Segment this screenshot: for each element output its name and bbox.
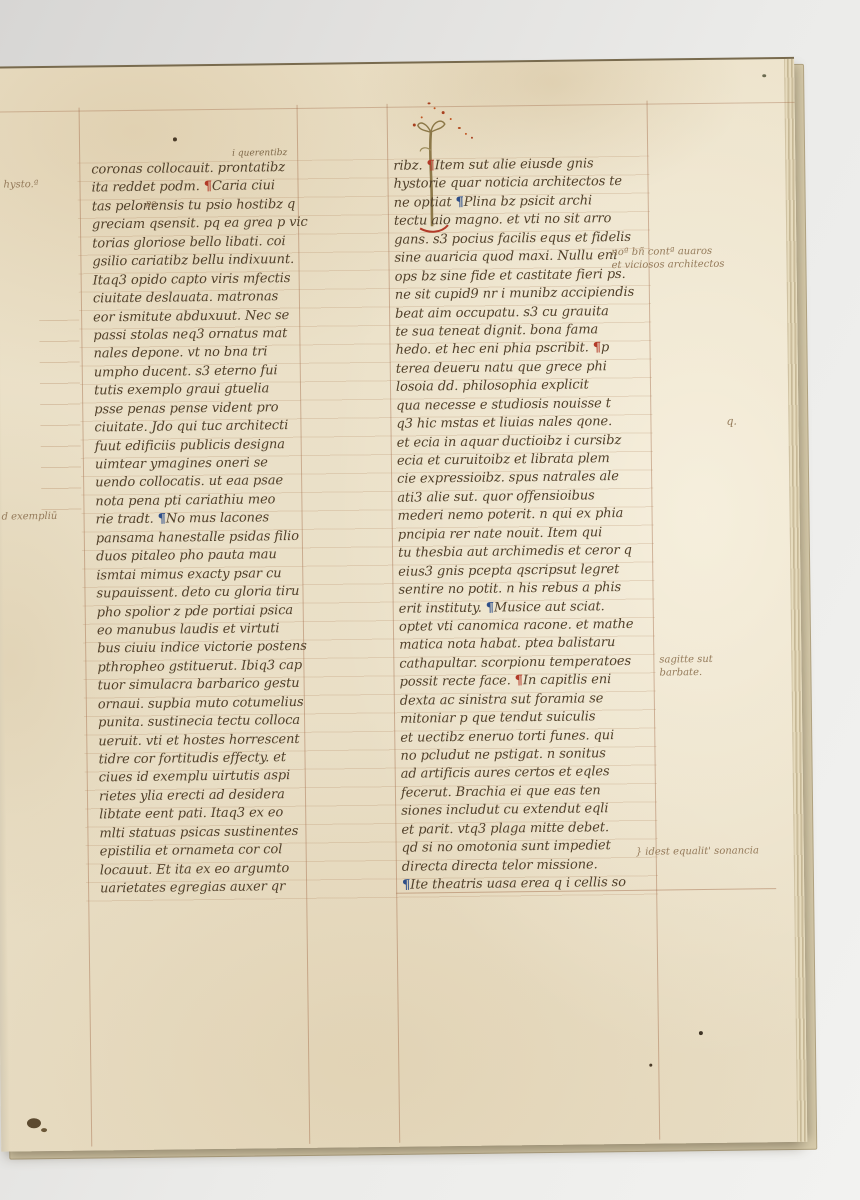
ink-speck bbox=[762, 74, 766, 77]
ink-speck bbox=[442, 111, 445, 114]
text-line: ciues id exemplu uirtutis aspi bbox=[99, 767, 315, 788]
manuscript-page: coronas collocauit. prontatibzita reddet… bbox=[0, 57, 807, 1152]
margin-note-left-top: hysto.ª bbox=[3, 179, 38, 192]
ink-speck bbox=[649, 1064, 652, 1067]
text-line: sine auaricia quod maxi. Nullu eni bbox=[394, 247, 633, 268]
text-line: greciam qsensit. pq ea grea p vic bbox=[92, 214, 308, 235]
ink-speck bbox=[458, 127, 461, 129]
text-line: dexta ac sinistra sut foramia se bbox=[400, 689, 639, 710]
text-line: ne sit cupid9 nr i munibz accipiendis bbox=[395, 284, 634, 305]
ink-speck bbox=[450, 118, 452, 120]
capitulum-blue: ¶ bbox=[402, 878, 410, 893]
margin-note-right-3: } idest equalit' sonancia bbox=[636, 845, 759, 859]
interline-gloss: i querentibz bbox=[232, 147, 287, 160]
text-column-right: ribz. ¶Item sut alie eiusde gnishystorie… bbox=[393, 155, 641, 895]
text-line: supauissent. deto cu gloria tiru bbox=[96, 583, 312, 604]
margin-note-right-2-line1: sagitte sut bbox=[659, 654, 713, 667]
margin-ruling-ticks bbox=[39, 320, 81, 520]
text-line: ita reddet podm. ¶Caria ciui bbox=[91, 177, 307, 198]
ink-speck bbox=[428, 102, 431, 104]
text-line: tu thesbia aut archimedis et ceror q bbox=[398, 542, 637, 563]
text-line: gsilio cariatibz bellu indixuunt. bbox=[92, 251, 308, 272]
text-line: bus ciuiu indice victorie postens bbox=[97, 638, 313, 659]
text-line: cie expressioibz. spus natrales ale bbox=[397, 468, 636, 489]
margin-note-right-1-line2: et viciosos architectos bbox=[611, 258, 724, 272]
text-line: ciuitate. Jdo qui tuc architecti bbox=[94, 417, 310, 438]
ink-specks-layer bbox=[0, 59, 794, 69]
ink-speck bbox=[413, 123, 416, 126]
gutter-edge bbox=[0, 69, 10, 1152]
text-line: qd si no omotonia sunt impediet bbox=[402, 837, 641, 858]
capitulum-blue: ¶ bbox=[456, 195, 464, 210]
text-line: possit recte face. ¶In capitlis eni bbox=[400, 671, 639, 692]
superscript-gloss: po bbox=[146, 198, 157, 211]
text-line: ciuitate deslauata. matronas bbox=[93, 288, 309, 309]
text-line: fuut edificiis publicis designa bbox=[95, 435, 311, 456]
capitulum-red: ¶ bbox=[593, 341, 601, 356]
ink-speck bbox=[41, 1128, 47, 1132]
text-line: umpho ducent. s3 eterno fui bbox=[94, 362, 310, 383]
text-line: hystorie quar noticia architectos te bbox=[393, 173, 632, 194]
text-line: terea deueru natu que grece phi bbox=[396, 358, 635, 379]
text-line: tuor simulacra barbarico gestu bbox=[98, 675, 314, 696]
manuscript-photo: { "photo": { "description": "Medieval ma… bbox=[0, 0, 860, 1200]
text-line: punita. sustinecia tectu colloca bbox=[98, 712, 314, 733]
ink-speck bbox=[699, 1031, 703, 1035]
ruling-top-line bbox=[0, 102, 795, 113]
text-line: pho spolior z pde portiai psica bbox=[97, 601, 313, 622]
ink-speck bbox=[173, 137, 177, 141]
text-column-left: coronas collocauit. prontatibzita reddet… bbox=[91, 159, 316, 899]
text-line: uarietates egregias auxer qr bbox=[100, 878, 316, 899]
text-line: libtate eent pati. Itaq3 ex eo bbox=[99, 804, 315, 825]
capitulum-red: ¶ bbox=[515, 673, 523, 688]
text-line: ad artificis aures certos et eqles bbox=[401, 763, 640, 784]
margin-note-right-1: noª bñ contª auaros et viciosos architec… bbox=[611, 246, 724, 272]
ink-speck bbox=[471, 137, 473, 139]
text-line: beat aim occupatu. s3 cu grauita bbox=[395, 302, 634, 323]
capitulum-blue: ¶ bbox=[486, 600, 494, 615]
margin-note-right-2: sagitte sut barbate. bbox=[659, 654, 713, 680]
ink-speck bbox=[465, 133, 467, 135]
capitulum-red: ¶ bbox=[204, 179, 212, 194]
text-line: sentire no potit. n his rebus a phis bbox=[398, 579, 637, 600]
text-line: uendo collocatis. ut eaa psae bbox=[95, 472, 311, 493]
text-line: passi stolas neq3 ornatus mat bbox=[93, 325, 309, 346]
capitulum-red: ¶ bbox=[426, 158, 434, 173]
text-line: q3 hic mstas et liuias nales qone. bbox=[396, 413, 635, 434]
ink-speck bbox=[421, 116, 423, 118]
text-line: pansama hanestalle psidas filio bbox=[96, 528, 312, 549]
margin-mark-right: q. bbox=[726, 416, 737, 429]
ink-speck bbox=[434, 107, 436, 109]
ink-speck bbox=[27, 1118, 41, 1128]
text-line: mlti statuas psicas sustinentes bbox=[99, 823, 315, 844]
margin-note-right-2-line2: barbate. bbox=[659, 666, 713, 679]
margin-note-left-mid: d exempliū bbox=[1, 511, 57, 524]
text-line: ¶Ite theatris uasa erea q i cellis so bbox=[402, 874, 641, 895]
capitulum-blue: ¶ bbox=[158, 512, 166, 527]
margin-note-right-1-line1: noª bñ contª auaros bbox=[611, 246, 724, 260]
